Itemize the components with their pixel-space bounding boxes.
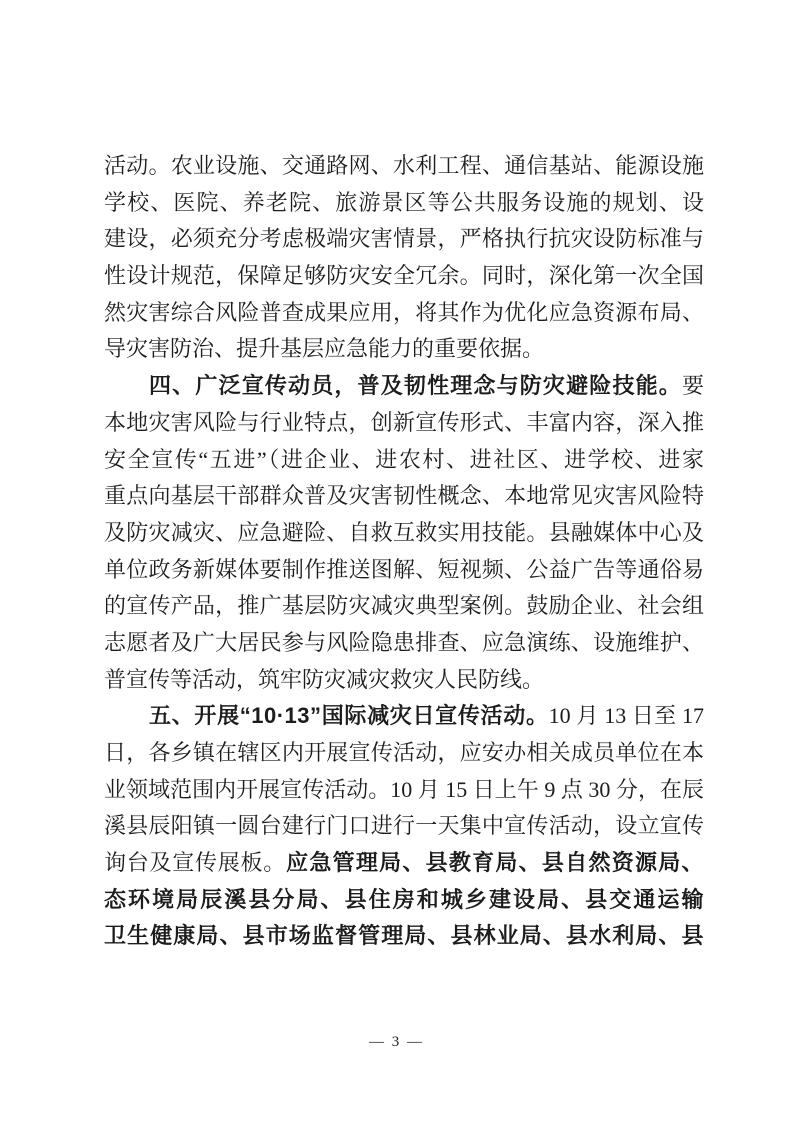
text-line: 重点向基层干部群众普及灾害韧性概念、本地常见灾害风险特点 — [104, 478, 704, 515]
text-run: 志愿者及广大居民参与风险隐患排查、应急演练、设施维护、科 — [104, 630, 704, 662]
text-line: 安全宣传“五进”（进企业、进农村、进社区、进学校、进家庭）。 — [104, 442, 704, 479]
bold-text-run: 四、广泛宣传动员，普及韧性理念与防灾避险技能。 — [149, 373, 682, 398]
text-line: 询台及宣传展板。应急管理局、县教育局、县自然资源局、市生 — [104, 845, 704, 882]
text-run: 本地灾害风险与行业特点，创新宣传形式、丰富内容，深入推进 — [104, 410, 704, 442]
text-run: 普宣传等活动，筑牢防灾减灾救灾人民防线。 — [104, 667, 544, 692]
paragraph-continuation-resilient-planning: 活动。农业设施、交通路网、水利工程、通信基站、能源设施及学校、医院、养老院、旅游… — [104, 148, 704, 368]
text-line: 四、广泛宣传动员，普及韧性理念与防灾避险技能。要结合 — [104, 368, 704, 405]
text-line: 活动。农业设施、交通路网、水利工程、通信基站、能源设施及 — [104, 148, 704, 185]
text-run: 重点向基层干部群众普及灾害韧性概念、本地常见灾害风险特点 — [104, 483, 704, 515]
text-run: 然灾害综合风险普查成果应用，将其作为优化应急资源布局、指 — [104, 300, 704, 332]
paragraph-5-disaster-reduction-day: 五、开展“10·13”国际减灾日宣传活动。10 月 13 日至 17日，各乡镇在… — [104, 698, 704, 955]
text-line: 业领域范围内开展宣传活动。10 月 15 日上午 9 点 30 分，在辰 — [104, 772, 704, 809]
text-run: 询台及宣传展板。 — [104, 850, 286, 875]
text-line: 五、开展“10·13”国际减灾日宣传活动。10 月 13 日至 17 — [104, 698, 704, 735]
paragraph-4-publicity-mobilization: 四、广泛宣传动员，普及韧性理念与防灾避险技能。要结合本地灾害风险与行业特点，创新… — [104, 368, 704, 698]
text-line: 本地灾害风险与行业特点，创新宣传形式、丰富内容，深入推进 — [104, 405, 704, 442]
bold-text-run: 五、开展“10·13”国际减灾日宣传活动。 — [149, 703, 549, 728]
text-run: 学校、医院、养老院、旅游景区等公共服务设施的规划、设计、 — [104, 190, 704, 222]
text-line: 溪县辰阳镇一圆台建行门口进行一天集中宣传活动，设立宣传咨 — [104, 808, 704, 845]
text-run: 单位政务新媒体要制作推送图解、短视频、公益广告等通俗易懂 — [104, 557, 704, 589]
page-number: — 3 — — [0, 1034, 793, 1051]
text-line: 志愿者及广大居民参与风险隐患排查、应急演练、设施维护、科 — [104, 625, 704, 662]
bold-text-run: 卫生健康局、县市场监督管理局、县林业局、县水利局、县气象 — [104, 923, 704, 955]
text-run: 安全宣传“五进”（进企业、进农村、进社区、进学校、进家庭）。 — [104, 447, 704, 479]
text-line: 性设计规范，保障足够防灾安全冗余。同时，深化第一次全国自 — [104, 258, 704, 295]
text-line: 日，各乡镇在辖区内开展宣传活动，应安办相关成员单位在本行 — [104, 735, 704, 772]
text-run: 性设计规范，保障足够防灾安全冗余。同时，深化第一次全国自 — [104, 263, 704, 295]
text-run: 10 月 13 日至 17 — [549, 703, 704, 728]
text-run: 活动。农业设施、交通路网、水利工程、通信基站、能源设施及 — [104, 153, 704, 185]
text-run: 的宣传产品，推广基层防灾减灾典型案例。鼓励企业、社会组织、 — [104, 593, 704, 625]
text-run: 业领域范围内开展宣传活动。10 月 15 日上午 9 点 30 分，在辰 — [104, 777, 704, 802]
text-line: 普宣传等活动，筑牢防灾减灾救灾人民防线。 — [104, 662, 704, 699]
bold-text-run: 态环境局辰溪县分局、县住房和城乡建设局、县交通运输局、县 — [104, 887, 704, 919]
text-line: 学校、医院、养老院、旅游景区等公共服务设施的规划、设计、 — [104, 185, 704, 222]
text-run: 建设，必须充分考虑极端灾害情景，严格执行抗灾设防标准与韧 — [104, 226, 704, 258]
text-line: 及防灾减灾、应急避险、自救互救实用技能。县融媒体中心及各 — [104, 515, 704, 552]
text-line: 态环境局辰溪县分局、县住房和城乡建设局、县交通运输局、县 — [104, 882, 704, 919]
text-run: 导灾害防治、提升基层应急能力的重要依据。 — [104, 336, 544, 361]
text-line: 导灾害防治、提升基层应急能力的重要依据。 — [104, 331, 704, 368]
text-line: 卫生健康局、县市场监督管理局、县林业局、县水利局、县气象 — [104, 918, 704, 955]
text-run: 溪县辰阳镇一圆台建行门口进行一天集中宣传活动，设立宣传咨 — [104, 813, 704, 845]
document-page: 活动。农业设施、交通路网、水利工程、通信基站、能源设施及学校、医院、养老院、旅游… — [0, 0, 793, 1122]
document-body: 活动。农业设施、交通路网、水利工程、通信基站、能源设施及学校、医院、养老院、旅游… — [104, 148, 704, 955]
text-line: 单位政务新媒体要制作推送图解、短视频、公益广告等通俗易懂 — [104, 552, 704, 589]
text-line: 的宣传产品，推广基层防灾减灾典型案例。鼓励企业、社会组织、 — [104, 588, 704, 625]
text-line: 建设，必须充分考虑极端灾害情景，严格执行抗灾设防标准与韧 — [104, 221, 704, 258]
text-run: 日，各乡镇在辖区内开展宣传活动，应安办相关成员单位在本行 — [104, 740, 704, 772]
text-run: 及防灾减灾、应急避险、自救互救实用技能。县融媒体中心及各 — [104, 520, 704, 552]
text-line: 然灾害综合风险普查成果应用，将其作为优化应急资源布局、指 — [104, 295, 704, 332]
